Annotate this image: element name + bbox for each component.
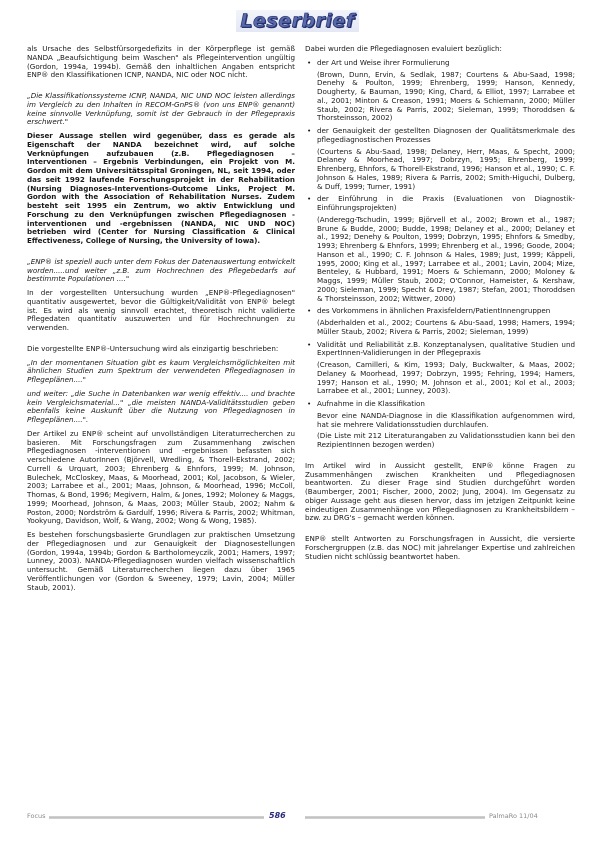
- bullet-references: (Abderhalden et al., 2002; Courtens & Ab…: [317, 319, 575, 337]
- quote-paragraph: „ENP® ist speziell auch unter dem Fokus …: [27, 258, 295, 284]
- bullet-title: des Vorkommens in ähnlichen Praxisfelder…: [317, 307, 575, 316]
- bullet-note: (Die Liste mit 212 Literaturangaben zu V…: [317, 432, 575, 450]
- left-column: als Ursache des Selbstfürsorgedefizits i…: [27, 45, 295, 597]
- paragraph: als Ursache des Selbstfürsorgedefizits i…: [27, 45, 295, 80]
- bullet-title: der Einführung in die Praxis (Evaluation…: [317, 195, 575, 213]
- paragraph: Die vorgestellte ENP®-Untersuchung wird …: [27, 345, 295, 354]
- paragraph-bold: Dieser Aussage stellen wird gegenüber, d…: [27, 132, 295, 246]
- footer-divider-right: [305, 816, 485, 819]
- paragraph: ENP® stellt Antworten zu Forschungsfrage…: [305, 535, 575, 561]
- quote-paragraph: „In der momentanen Situation gibt es kau…: [27, 359, 295, 385]
- footer-divider-left: [49, 816, 264, 819]
- footer-section-label: Focus: [27, 812, 46, 820]
- right-column: Dabei wurden die Pflegediagnosen evaluie…: [305, 45, 575, 566]
- list-item: der Art und Weise ihrer Formulierung (Br…: [305, 59, 575, 123]
- bullet-intro: Dabei wurden die Pflegediagnosen evaluie…: [305, 45, 575, 54]
- paragraph: Es bestehen forschungsbasierte Grundlage…: [27, 531, 295, 592]
- list-item: des Vorkommens in ähnlichen Praxisfelder…: [305, 307, 575, 336]
- bullet-title: Aufnahme in die Klassifikation: [317, 400, 575, 409]
- list-item: Aufnahme in die Klassifikation Bevor ein…: [305, 400, 575, 450]
- journal-issue: PalmaRo 11/04: [489, 812, 538, 820]
- bullet-references: (Anderegg-Tschudin, 1999; Björvell et al…: [317, 216, 575, 304]
- list-item: der Einführung in die Praxis (Evaluation…: [305, 195, 575, 303]
- bullet-title: der Art und Weise ihrer Formulierung: [317, 59, 575, 68]
- bullet-references: (Creason, Camilleri, & Kim, 1993; Daly, …: [317, 361, 575, 396]
- paragraph: Der Artikel zu ENP® scheint auf unvollst…: [27, 430, 295, 526]
- list-item: der Genauigkeit der gestellten Diagnosen…: [305, 127, 575, 191]
- bullet-references: (Brown, Dunn, Ervin, & Sedlak, 1987; Cou…: [317, 71, 575, 124]
- quote-paragraph: und weiter: „die Suche in Datenbanken wa…: [27, 390, 295, 425]
- evaluation-criteria-list: der Art und Weise ihrer Formulierung (Br…: [305, 59, 575, 450]
- bullet-description: Bevor eine NANDA-Diagnose in die Klassif…: [317, 412, 575, 430]
- quote-paragraph: „Die Klassifikationssysteme ICNP, NANDA,…: [27, 92, 295, 127]
- list-item: Validität und Reliabilität z.B. Konzepta…: [305, 341, 575, 397]
- page-footer: Focus 586 PalmaRo 11/04: [27, 812, 575, 824]
- bullet-title: der Genauigkeit der gestellten Diagnosen…: [317, 127, 575, 145]
- section-title-logo: Leserbrief: [236, 10, 358, 32]
- paragraph: Im Artikel wird in Aussicht gestellt, EN…: [305, 462, 575, 523]
- bullet-references: (Courtens & Abu-Saad, 1998; Delaney, Her…: [317, 148, 575, 192]
- page-number: 586: [269, 811, 286, 820]
- bullet-title: Validität und Reliabilität z.B. Konzepta…: [317, 341, 575, 359]
- section-header: Leserbrief: [0, 10, 595, 32]
- paragraph: In der vorgestellten Untersuchung wurden…: [27, 289, 295, 333]
